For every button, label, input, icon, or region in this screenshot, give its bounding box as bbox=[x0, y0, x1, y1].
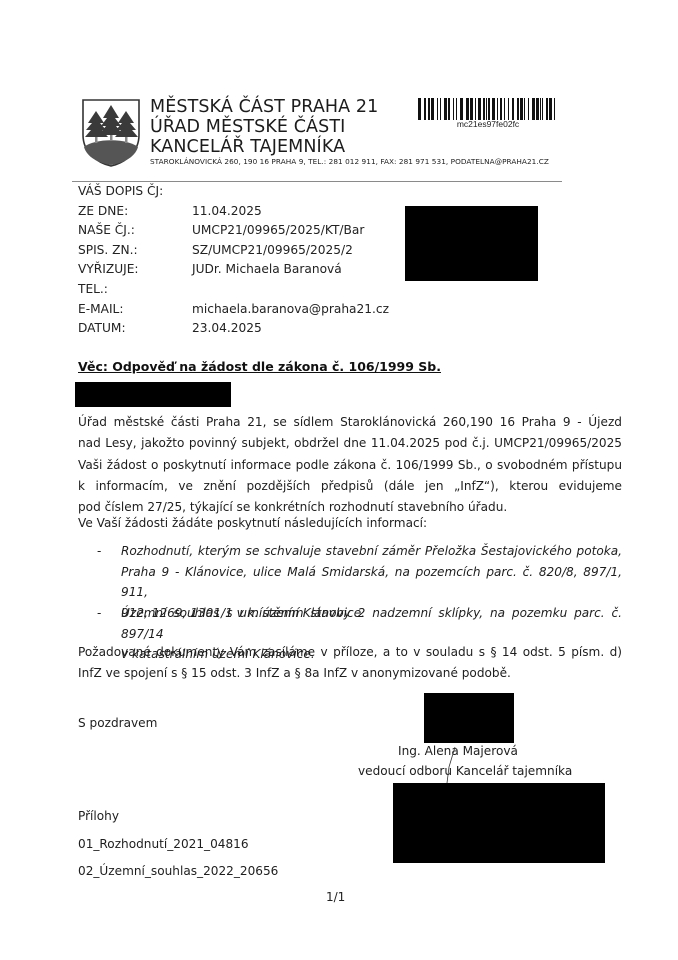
reference-label: VYŘIZUJE: bbox=[78, 262, 139, 276]
reference-label: SPIS. ZN.: bbox=[78, 243, 138, 257]
coat-of-arms-logo bbox=[80, 97, 142, 167]
signature-stroke bbox=[445, 745, 457, 785]
reference-value: SZ/UMCP21/09965/2025/2 bbox=[192, 243, 353, 257]
intro-paragraph: Úřad městské části Praha 21, se sídlem S… bbox=[78, 412, 622, 518]
reference-value: 23.04.2025 bbox=[192, 321, 262, 335]
reference-value: 11.04.2025 bbox=[192, 204, 262, 218]
reference-value: JUDr. Michaela Baranová bbox=[192, 262, 342, 276]
reference-label: VÁŠ DOPIS ČJ: bbox=[78, 184, 163, 198]
text-line: Územní souhlas s umístěním stavby 2 nadz… bbox=[121, 603, 622, 644]
text-line: Úřad městské části Praha 21, se sídlem S… bbox=[78, 412, 622, 433]
redacted-salutation bbox=[75, 382, 231, 407]
reference-value: UMCP21/09965/2025/KT/Bar bbox=[192, 223, 364, 237]
reference-label: ZE DNE: bbox=[78, 204, 128, 218]
header-department-name: KANCELÁŘ TAJEMNÍKA bbox=[150, 137, 345, 157]
text-line: InfZ ve spojení s § 15 odst. 3 InfZ a § … bbox=[78, 663, 622, 684]
bullet-marker: - bbox=[97, 544, 101, 558]
letter-subject: Věc: Odpověď na žádost dle zákona č. 106… bbox=[78, 359, 441, 374]
text-line: Rozhodnutí, kterým se schvaluje stavební… bbox=[121, 541, 622, 562]
attachment-item[interactable]: 02_Územní_souhlas_2022_20656 bbox=[78, 864, 278, 878]
attachments-heading: Přílohy bbox=[78, 809, 119, 823]
text-line: Požadované dokumenty Vám zasíláme v příl… bbox=[78, 642, 622, 663]
header-divider bbox=[72, 181, 562, 182]
greeting: S pozdravem bbox=[78, 716, 157, 730]
header-org-name: MĚSTSKÁ ČÁST PRAHA 21 bbox=[150, 97, 378, 117]
page-number: 1/1 bbox=[326, 890, 345, 904]
header-office-name: ÚŘAD MĚSTSKÉ ČÁSTI bbox=[150, 117, 345, 137]
signatory-title: vedoucí odboru Kancelář tajemníka bbox=[358, 764, 572, 778]
reference-value: michaela.baranova@praha21.cz bbox=[192, 302, 389, 316]
text-line: Praha 9 - Klánovice, ulice Malá Smidarsk… bbox=[121, 562, 622, 603]
reference-label: NAŠE ČJ.: bbox=[78, 223, 135, 237]
attachment-item[interactable]: 01_Rozhodnutí_2021_04816 bbox=[78, 837, 249, 851]
barcode bbox=[418, 98, 558, 120]
request-intro: Ve Vaší žádosti žádáte poskytnutí násled… bbox=[78, 516, 427, 530]
reference-label: DATUM: bbox=[78, 321, 126, 335]
barcode-text: mc21es97fe02fc bbox=[418, 119, 558, 129]
text-line: nad Lesy, jakožto povinný subjekt, obdrž… bbox=[78, 433, 622, 454]
redacted-recipient-address bbox=[405, 206, 538, 281]
bullet-marker: - bbox=[97, 606, 101, 620]
text-line: k informacím, ve znění pozdějších předpi… bbox=[78, 476, 622, 497]
redacted-stamp bbox=[393, 783, 605, 863]
closing-paragraph: Požadované dokumenty Vám zasíláme v příl… bbox=[78, 642, 622, 685]
text-line: Vaši žádost o poskytnutí informace podle… bbox=[78, 455, 622, 476]
header-address: STAROKLÁNOVICKÁ 260, 190 16 PRAHA 9, TEL… bbox=[150, 157, 549, 166]
redacted-signature bbox=[424, 693, 514, 743]
reference-label: TEL.: bbox=[78, 282, 108, 296]
reference-label: E-MAIL: bbox=[78, 302, 123, 316]
signatory-name: Ing. Alena Majerová bbox=[398, 744, 518, 758]
